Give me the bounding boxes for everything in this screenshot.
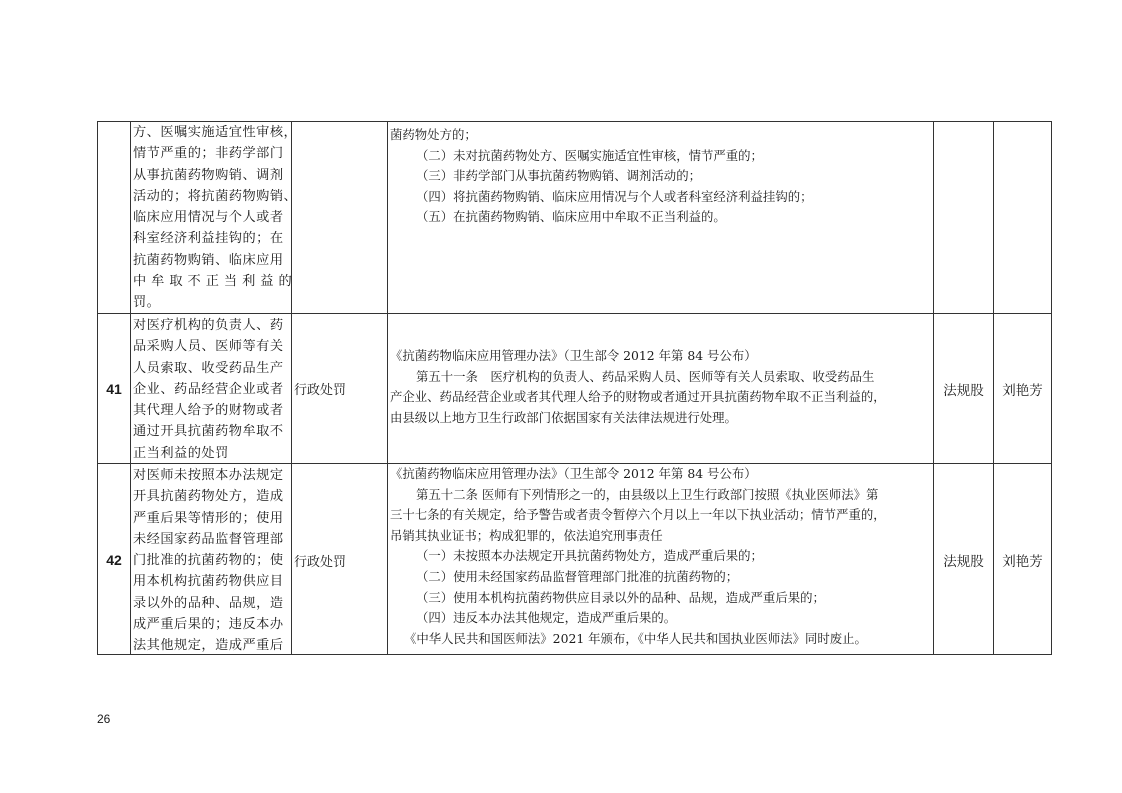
item-category: 行政处罚 xyxy=(292,314,387,463)
responsible-person xyxy=(994,122,1051,313)
row-number: 41 xyxy=(98,314,130,463)
row-number: 42 xyxy=(98,464,130,656)
description-line: 用本机构抗菌药物供应目 xyxy=(133,571,289,592)
item-description: 对医疗机构的负责人、药 品采购人员、医师等有关 人员索取、收受药品生产 企业、药… xyxy=(131,315,291,463)
basis-line: 菌药物处方的； xyxy=(390,125,931,146)
description-line: 罚。 xyxy=(133,292,289,313)
description-line: 成严重后果的；违反本办 xyxy=(133,614,289,635)
description-line: 人员索取、收受药品生产 xyxy=(133,358,289,379)
description-line: 正当利益的处罚 xyxy=(133,443,289,463)
description-line: 活动的；将抗菌药物购销、 xyxy=(133,186,289,207)
item-category xyxy=(292,122,387,313)
basis-line: 《抗菌药物临床应用管理办法》（卫生部令 2012 年第 84 号公布） xyxy=(390,346,931,367)
responsible-department xyxy=(934,122,993,313)
description-line: 法其他规定，造成严重后 xyxy=(133,635,289,655)
legal-basis: 《抗菌药物临床应用管理办法》（卫生部令 2012 年第 84 号公布） 第五十二… xyxy=(388,464,933,656)
description-line: 录以外的品种、品规，造 xyxy=(133,593,289,614)
description-line: 门批准的抗菌药物的；使 xyxy=(133,550,289,571)
description-line: 方、医嘱实施适宜性审核， xyxy=(133,122,289,143)
basis-line: （三）使用本机构抗菌药物供应目录以外的品种、品规，造成严重后果的； xyxy=(390,588,931,609)
responsible-person: 刘艳芳 xyxy=(994,464,1051,656)
legal-basis: 菌药物处方的； （二）未对抗菌药物处方、医嘱实施适宜性审核，情节严重的； （三）… xyxy=(388,125,933,313)
description-line: 品采购人员、医师等有关 xyxy=(133,336,289,357)
description-line: 中牟取不正当利益的处 xyxy=(133,271,289,292)
basis-line: 第五十一条 医疗机构的负责人、药品采购人员、医师等有关人员索取、收受药品生 xyxy=(390,367,931,388)
page-number: 26 xyxy=(97,712,110,726)
description-line: 科室经济利益挂钩的；在 xyxy=(133,228,289,249)
responsible-person: 刘艳芳 xyxy=(994,314,1051,463)
basis-line: （三）非药学部门从事抗菌药物购销、调剂活动的； xyxy=(390,166,931,187)
description-line: 严重后果等情形的；使用 xyxy=(133,508,289,529)
item-description: 对医师未按照本办法规定 开具抗菌药物处方，造成 严重后果等情形的；使用 未经国家… xyxy=(131,465,291,655)
item-description: 方、医嘱实施适宜性审核， 情节严重的；非药学部门 从事抗菌药物购销、调剂 活动的… xyxy=(131,122,291,313)
description-line: 对医疗机构的负责人、药 xyxy=(133,315,289,336)
basis-line: （五）在抗菌药物购销、临床应用中牟取不正当利益的。 xyxy=(390,207,931,228)
basis-line: 吊销其执业证书；构成犯罪的，依法追究刑事责任 xyxy=(390,526,931,547)
regulation-table: 方、医嘱实施适宜性审核， 情节严重的；非药学部门 从事抗菌药物购销、调剂 活动的… xyxy=(97,121,1052,655)
basis-line: （一）未按照本办法规定开具抗菌药物处方，造成严重后果的； xyxy=(390,546,931,567)
responsible-department: 法规股 xyxy=(934,314,993,463)
description-line: 企业、药品经营企业或者 xyxy=(133,379,289,400)
description-line: 情节严重的；非药学部门 xyxy=(133,143,289,164)
basis-line: 《中华人民共和国医师法》2021 年颁布，《中华人民共和国执业医师法》同时废止。 xyxy=(390,629,931,650)
description-line: 临床应用情况与个人或者 xyxy=(133,207,289,228)
basis-line: 由县级以上地方卫生行政部门依据国家有关法律法规进行处理。 xyxy=(390,408,931,429)
description-line: 其代理人给予的财物或者 xyxy=(133,400,289,421)
description-line: 开具抗菌药物处方，造成 xyxy=(133,486,289,507)
description-line: 通过开具抗菌药物牟取不 xyxy=(133,421,289,442)
basis-line: 《抗菌药物临床应用管理办法》（卫生部令 2012 年第 84 号公布） xyxy=(390,464,931,485)
row-divider xyxy=(98,313,1051,314)
row-number xyxy=(98,122,130,313)
basis-line: 产企业、药品经营企业或者其代理人给予的财物或者通过开具抗菌药物牟取不正当利益的， xyxy=(390,387,931,408)
basis-line: （二）使用未经国家药品监督管理部门批准的抗菌药物的； xyxy=(390,567,931,588)
item-category: 行政处罚 xyxy=(292,464,387,656)
basis-line: （二）未对抗菌药物处方、医嘱实施适宜性审核，情节严重的； xyxy=(390,146,931,167)
description-line: 从事抗菌药物购销、调剂 xyxy=(133,165,289,186)
description-line: 抗菌药物购销、临床应用 xyxy=(133,250,289,271)
description-line: 对医师未按照本办法规定 xyxy=(133,465,289,486)
basis-line: 三十七条的有关规定，给予警告或者责令暂停六个月以上一年以下执业活动；情节严重的， xyxy=(390,505,931,526)
basis-line: 第五十二条 医师有下列情形之一的，由县级以上卫生行政部门按照《执业医师法》第 xyxy=(390,485,931,506)
basis-line: （四）将抗菌药物购销、临床应用情况与个人或者科室经济利益挂钩的； xyxy=(390,187,931,208)
responsible-department: 法规股 xyxy=(934,464,993,656)
legal-basis: 《抗菌药物临床应用管理办法》（卫生部令 2012 年第 84 号公布） 第五十一… xyxy=(388,346,933,456)
description-line: 未经国家药品监督管理部 xyxy=(133,529,289,550)
basis-line: （四）违反本办法其他规定，造成严重后果的。 xyxy=(390,608,931,629)
